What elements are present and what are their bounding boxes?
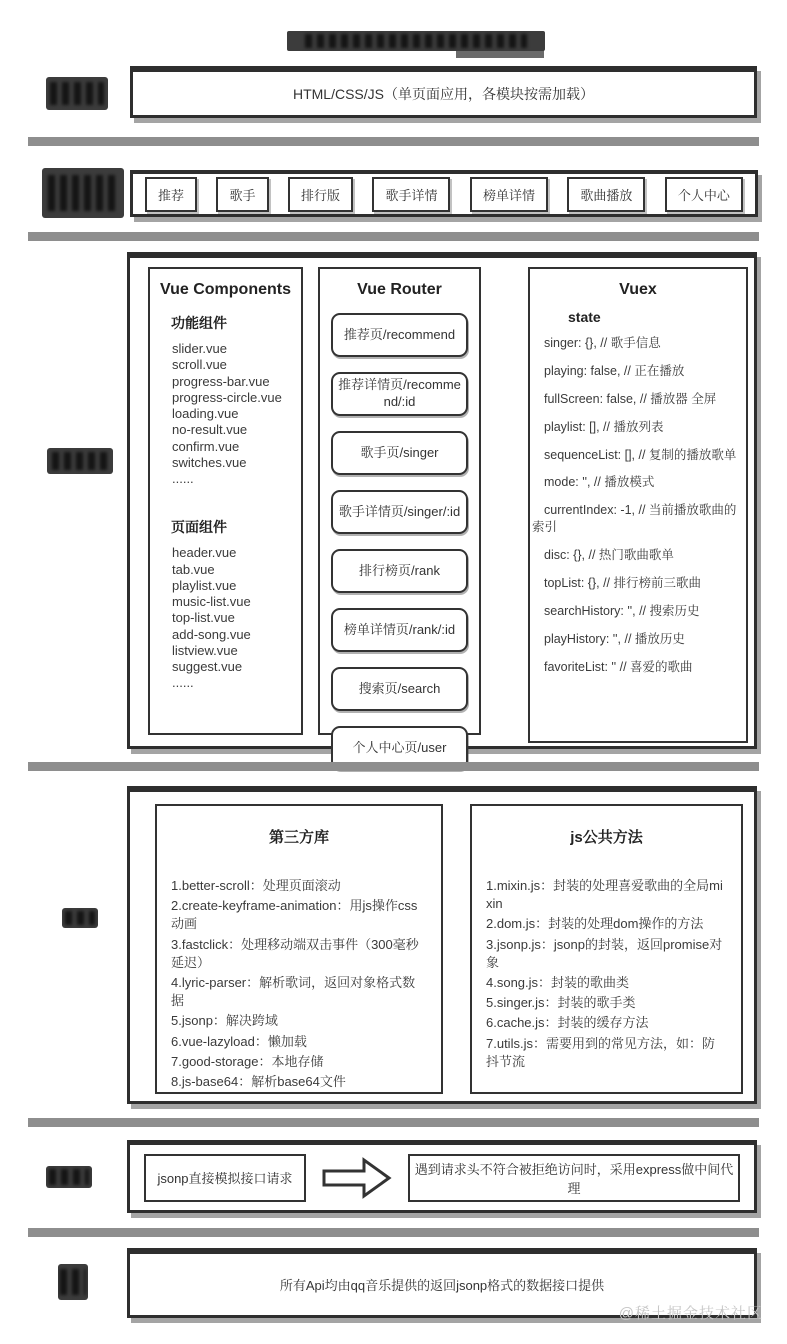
vue-router-box: Vue Router 推荐页/recommend推荐详情页/recommend/…: [318, 267, 481, 735]
component-item: playlist.vue: [172, 578, 293, 594]
js-utils-box: js公共方法 1.mixin.js：封装的处理喜爱歌曲的全局mixin2.dom…: [470, 804, 743, 1094]
third-party-item: 4.lyric-parser：解析歌词，返回对象格式数据: [171, 974, 427, 1010]
route-node: 搜索页/search: [331, 667, 468, 711]
page-box: 歌手: [216, 177, 268, 212]
component-item: loading.vue: [172, 406, 293, 422]
third-party-item: 6.vue-lazyload：懒加载: [171, 1033, 427, 1051]
third-party-item: 3.fastclick：处理移动端双击事件（300毫秒延迟）: [171, 936, 427, 972]
third-party-box: 第三方库 1.better-scroll：处理页面滚动2.create-keyf…: [155, 804, 443, 1094]
component-item: scroll.vue: [172, 357, 293, 373]
js-utils-item: 3.jsonp.js：jsonp的封装，返回promise对象: [486, 936, 727, 972]
js-utils-item: 2.dom.js：封装的处理dom操作的方法: [486, 915, 727, 933]
row-label-redacted-pages: [42, 168, 124, 218]
router-title: Vue Router: [320, 281, 479, 299]
proxy-panel: jsonp直接模拟接口请求 遇到请求头不符合被拒绝访问时，采用express做中…: [127, 1140, 757, 1213]
vuex-box: Vuex state singer: {}, // 歌手信息playing: f…: [528, 267, 748, 743]
component-item: listview.vue: [172, 643, 293, 659]
page-box: 歌曲播放: [567, 177, 645, 212]
vuex-state-item: playHistory: '', // 播放历史: [532, 631, 742, 648]
functional-components-list: slider.vuescroll.vueprogress-bar.vueprog…: [150, 341, 301, 487]
components-section-heading: 页面组件: [150, 517, 301, 537]
page-box: 排行版: [288, 177, 353, 212]
vuex-state-item: singer: {}, // 歌手信息: [532, 335, 742, 352]
third-party-item: 5.jsonp：解决跨域: [171, 1012, 427, 1030]
vuex-state-item: disc: {}, // 热门歌曲歌单: [532, 547, 742, 564]
page-title-redacted: [287, 31, 545, 51]
page-components-list: header.vuetab.vueplaylist.vuemusic-list.…: [150, 545, 301, 691]
api-text: 所有Api均由qq音乐提供的返回jsonp格式的数据接口提供: [280, 1275, 604, 1294]
divider: [28, 137, 759, 146]
component-item: music-list.vue: [172, 594, 293, 610]
component-item: suggest.vue: [172, 659, 293, 675]
right-arrow-icon: [322, 1155, 392, 1201]
component-item: progress-bar.vue: [172, 374, 293, 390]
row-label-redacted-core: [47, 448, 113, 474]
divider: [28, 1118, 759, 1127]
page-box: 个人中心: [665, 177, 743, 212]
component-item: no-result.vue: [172, 422, 293, 438]
jsonp-request-box: jsonp直接模拟接口请求: [144, 1154, 306, 1202]
vuex-state-item: currentIndex: -1, // 当前播放歌曲的索引: [532, 502, 742, 536]
route-node: 推荐详情页/recommend/:id: [331, 372, 468, 416]
express-proxy-box: 遇到请求头不符合被拒绝访问时，采用express做中间代理: [408, 1154, 740, 1202]
route-node: 排行榜页/rank: [331, 549, 468, 593]
divider: [28, 762, 759, 771]
vuex-state-item: topList: {}, // 排行榜前三歌曲: [532, 575, 742, 592]
third-party-item: 1.better-scroll：处理页面滚动: [171, 877, 427, 895]
js-utils-title: js公共方法: [472, 826, 741, 847]
component-item: top-list.vue: [172, 610, 293, 626]
components-title: Vue Components: [150, 281, 301, 299]
entry-text: HTML/CSS/JS（单页面应用，各模块按需加载）: [293, 84, 594, 104]
vuex-state-item: mode: '', // 播放模式: [532, 474, 742, 491]
vuex-state-item: fullScreen: false, // 播放器 全屏: [532, 391, 742, 408]
divider: [28, 232, 759, 241]
vuex-state-item: playing: false, // 正在播放: [532, 363, 742, 380]
vuex-state-list: singer: {}, // 歌手信息playing: false, // 正在…: [530, 335, 746, 675]
row-label-redacted-tools: [62, 908, 98, 928]
pages-panel: 推荐歌手排行版歌手详情榜单详情歌曲播放个人中心: [130, 170, 758, 217]
component-item: slider.vue: [172, 341, 293, 357]
page-box: 推荐: [145, 177, 197, 212]
entry-panel: HTML/CSS/JS（单页面应用，各模块按需加载）: [130, 66, 757, 118]
component-item: progress-circle.vue: [172, 390, 293, 406]
libs-panel: 第三方库 1.better-scroll：处理页面滚动2.create-keyf…: [127, 786, 757, 1104]
row-label-redacted-proxy: [46, 1166, 92, 1188]
component-item: header.vue: [172, 545, 293, 561]
page-box: 歌手详情: [372, 177, 450, 212]
core-panel: Vue Components 功能组件 slider.vuescroll.vue…: [127, 252, 757, 749]
routes-list: 推荐页/recommend推荐详情页/recommend/:id歌手页/sing…: [320, 313, 479, 770]
js-utils-item: 6.cache.js：封装的缓存方法: [486, 1014, 727, 1032]
component-item: ......: [172, 471, 293, 487]
route-node: 推荐页/recommend: [331, 313, 468, 357]
third-party-title: 第三方库: [157, 826, 441, 847]
js-utils-item: 1.mixin.js：封装的处理喜爱歌曲的全局mixin: [486, 877, 727, 913]
component-item: ......: [172, 675, 293, 691]
route-node: 歌手详情页/singer/:id: [331, 490, 468, 534]
vuex-state-heading: state: [530, 309, 746, 325]
route-node: 榜单详情页/rank/:id: [331, 608, 468, 652]
vue-components-box: Vue Components 功能组件 slider.vuescroll.vue…: [148, 267, 303, 735]
js-utils-item: 4.song.js：封装的歌曲类: [486, 974, 727, 992]
row-label-redacted-entry: [46, 77, 108, 110]
page-box: 榜单详情: [470, 177, 548, 212]
js-utils-item: 7.utils.js：需要用到的常见方法，如：防抖节流: [486, 1035, 727, 1071]
js-utils-list: 1.mixin.js：封装的处理喜爱歌曲的全局mixin2.dom.js：封装的…: [472, 877, 741, 1071]
vuex-state-item: sequenceList: [], // 复制的播放歌单: [532, 447, 742, 464]
third-party-item: 2.create-keyframe-animation：用js操作css动画: [171, 897, 427, 933]
divider: [28, 1228, 759, 1237]
architecture-diagram: HTML/CSS/JS（单页面应用，各模块按需加载） 推荐歌手排行版歌手详情榜单…: [0, 0, 787, 1344]
route-node: 歌手页/singer: [331, 431, 468, 475]
vuex-state-item: playlist: [], // 播放列表: [532, 419, 742, 436]
row-label-redacted-datasource: [58, 1264, 88, 1300]
component-item: add-song.vue: [172, 627, 293, 643]
watermark: @稀土掘金技术社区: [619, 1302, 763, 1323]
third-party-item: 7.good-storage：本地存储: [171, 1053, 427, 1071]
vuex-state-item: searchHistory: '', // 搜索历史: [532, 603, 742, 620]
components-section-heading: 功能组件: [150, 313, 301, 333]
third-party-item: 8.js-base64：解析base64文件: [171, 1073, 427, 1091]
third-party-list: 1.better-scroll：处理页面滚动2.create-keyframe-…: [157, 877, 441, 1091]
vuex-state-item: favoriteList: '' // 喜爱的歌曲: [532, 659, 742, 676]
component-item: switches.vue: [172, 455, 293, 471]
component-item: confirm.vue: [172, 439, 293, 455]
component-item: tab.vue: [172, 562, 293, 578]
vuex-title: Vuex: [530, 281, 746, 299]
js-utils-item: 5.singer.js：封装的歌手类: [486, 994, 727, 1012]
